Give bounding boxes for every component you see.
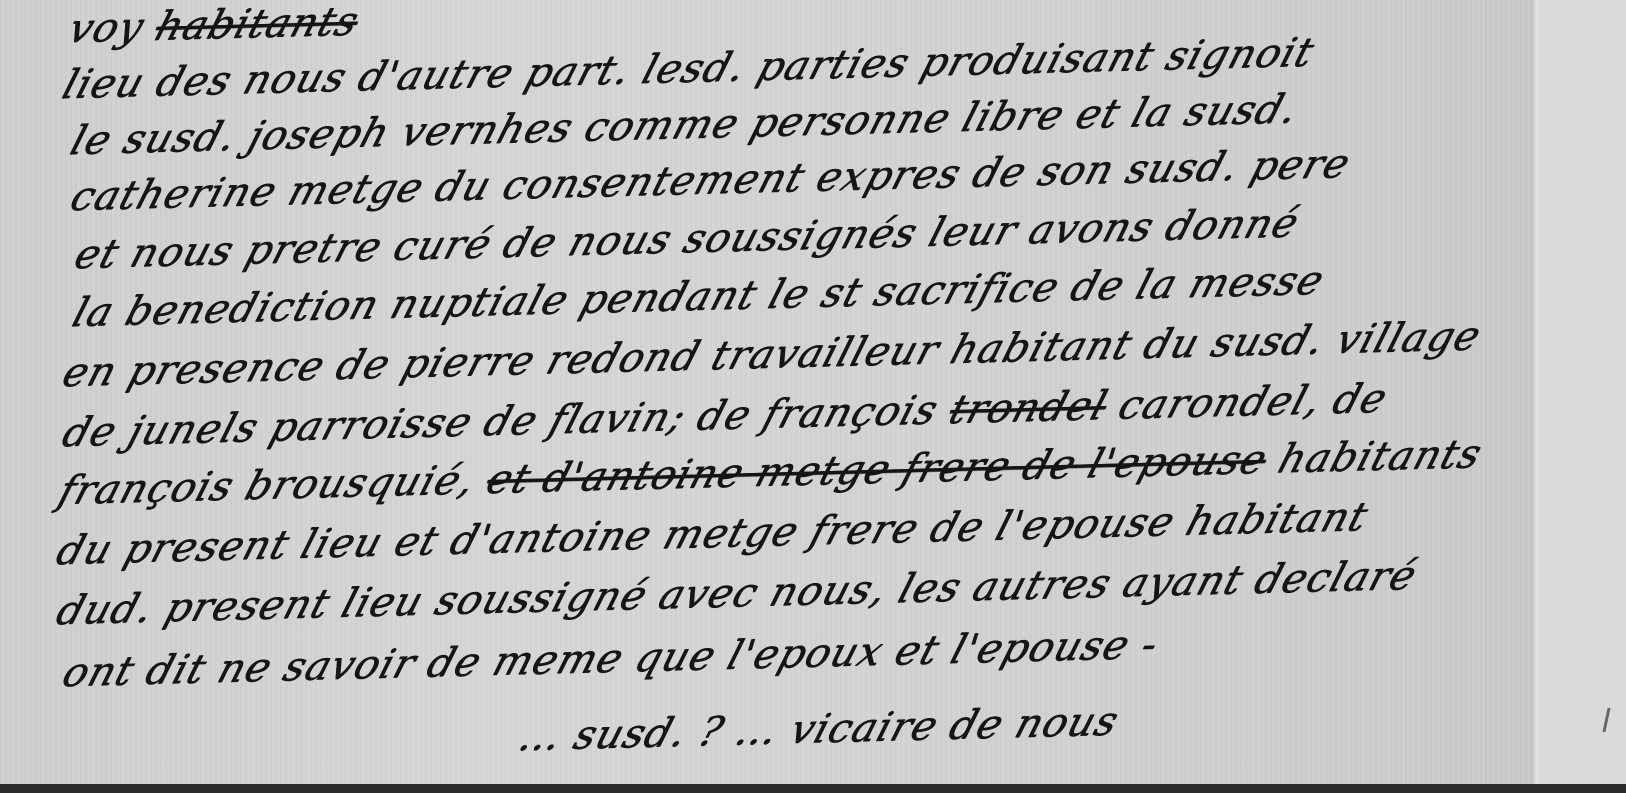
text-line-12: ont dit ne savoir de meme que l'epoux et…: [57, 622, 1164, 696]
line-text: de junels parroisse de flavin; de franço…: [57, 387, 944, 456]
manuscript-page: voy habitants lieu des nous d'autre part…: [0, 0, 1626, 784]
line-text-rest: habitants: [1273, 431, 1488, 482]
viewer-bottom-bar: [0, 784, 1626, 793]
struck-text: habitants: [150, 0, 365, 50]
struck-text: et d'antoine metge frere de l'epouse: [481, 437, 1273, 503]
line-text: françois brousquié,: [53, 457, 481, 514]
text-line-13: … susd. ? … vicaire de nous: [513, 698, 1124, 759]
adjacent-page: [1538, 0, 1626, 784]
line-text-rest: carondel, de: [1113, 376, 1393, 429]
text-line-1: voy habitants: [63, 0, 364, 52]
struck-text: trondel: [944, 383, 1113, 433]
line-text: voy: [63, 4, 150, 52]
image-viewer: voy habitants lieu des nous d'autre part…: [0, 0, 1626, 784]
